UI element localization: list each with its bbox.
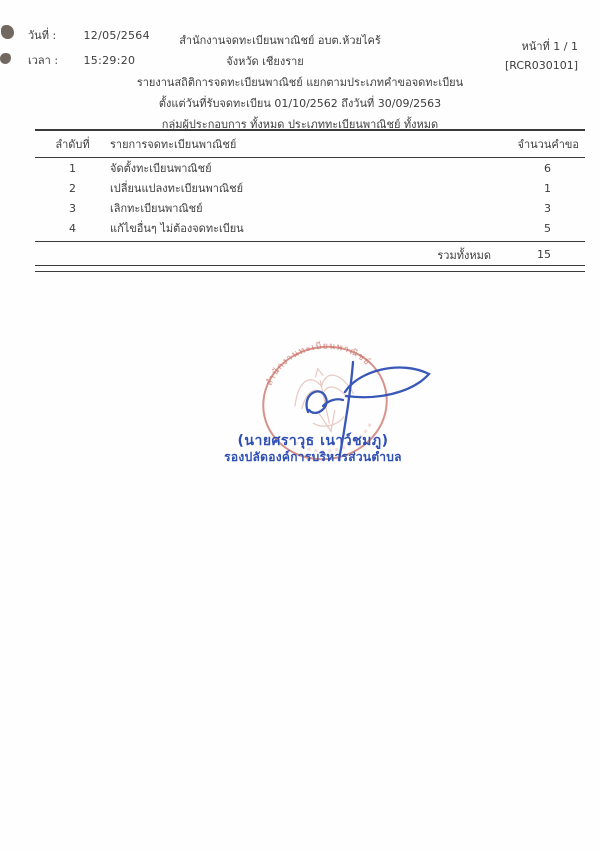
total-label: รวมทั้งหมด bbox=[51, 246, 491, 264]
table-row: 2 เปลี่ยนแปลงทะเบียนพาณิชย์ 1 bbox=[35, 178, 585, 198]
province-line: จังหวัด เชียงราย bbox=[0, 51, 600, 72]
row-item: จัดตั้งทะเบียนพาณิชย์ bbox=[110, 159, 475, 177]
row-no: 4 bbox=[35, 222, 110, 235]
row-count: 6 bbox=[475, 162, 585, 175]
total-value: 15 bbox=[475, 248, 585, 261]
report-title: รายงานสถิติการจดทะเบียนพาณิชย์ แยกตามประ… bbox=[0, 72, 600, 93]
row-count: 1 bbox=[475, 182, 585, 195]
column-header-count: จำนวนคำขอ bbox=[469, 135, 585, 153]
signatory-title: รองปลัดองค์การบริหารส่วนตำบล bbox=[158, 448, 468, 467]
table-row: 4 แก้ไขอื่นๆ ไม่ต้องจดทะเบียน 5 bbox=[35, 218, 585, 238]
row-count: 3 bbox=[475, 202, 585, 215]
table-row: 3 เลิกทะเบียนพาณิชย์ 3 bbox=[35, 198, 585, 218]
row-no: 3 bbox=[35, 202, 110, 215]
column-header-no: ลำดับที่ bbox=[35, 135, 110, 153]
row-item: เปลี่ยนแปลงทะเบียนพาณิชย์ bbox=[110, 179, 475, 197]
row-count: 5 bbox=[475, 222, 585, 235]
statistics-table: ลำดับที่ รายการจดทะเบียนพาณิชย์ จำนวนคำข… bbox=[35, 129, 585, 272]
stamp-and-signature: สำนักงานทะเบียนพาณิชย์ bbox=[225, 328, 445, 503]
column-header-item: รายการจดทะเบียนพาณิชย์ bbox=[110, 135, 469, 153]
report-date-range: ตั้งแต่วันที่รับจดทะเบียน 01/10/2562 ถึง… bbox=[0, 93, 600, 114]
report-header: สำนักงานจดทะเบียนพาณิชย์ อบต.ห้วยไคร้ จั… bbox=[0, 30, 600, 135]
row-item: แก้ไขอื่นๆ ไม่ต้องจดทะเบียน bbox=[110, 219, 475, 237]
row-no: 1 bbox=[35, 162, 110, 175]
row-no: 2 bbox=[35, 182, 110, 195]
table-total-row: รวมทั้งหมด 15 bbox=[35, 244, 585, 265]
office-name: สำนักงานจดทะเบียนพาณิชย์ อบต.ห้วยไคร้ bbox=[0, 30, 600, 51]
table-total-top-rule bbox=[35, 241, 585, 242]
table-row: 1 จัดตั้งทะเบียนพาณิชย์ 6 bbox=[35, 158, 585, 178]
row-item: เลิกทะเบียนพาณิชย์ bbox=[110, 199, 475, 217]
table-bottom-double-rule bbox=[35, 271, 585, 272]
scanned-report-page: วันที่ : 12/05/2564 เวลา : 15:29:20 หน้า… bbox=[0, 0, 600, 851]
table-header-row: ลำดับที่ รายการจดทะเบียนพาณิชย์ จำนวนคำข… bbox=[35, 131, 585, 157]
